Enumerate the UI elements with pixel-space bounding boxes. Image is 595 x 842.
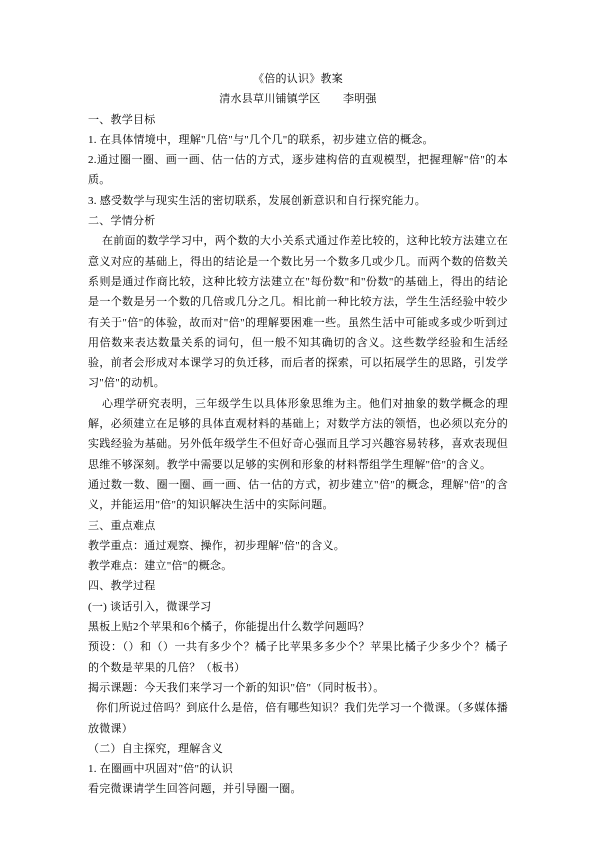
process-line-after-video: 看完微课请学生回答问题，并引导圈一圈。 (88, 779, 508, 799)
analysis-paragraph-3: 通过数一数、圈一圈、画一画、估一估的方式，初步建立"倍"的概念，理解"倍"的含义… (88, 475, 508, 516)
doc-title: 《倍的认识》教案 (88, 69, 508, 89)
analysis-paragraph-1: 在前面的数学学习中，两个数的大小关系式通过作差比较的，这种比较方法建立在意义对应… (88, 231, 508, 393)
process-line-preset: 预设：（）和（）一共有多少个？橘子比苹果多多少个？苹果比橘子少多少个？橘子的个数… (88, 637, 508, 678)
teaching-key-point: 教学重点：通过观察、操作，初步理解"倍"的含义。 (88, 536, 508, 556)
goal-item-3: 3. 感受数学与现实生活的密切联系，发展创新意识和自行探究能力。 (88, 191, 508, 211)
process-line-reveal-topic: 揭示课题：今天我们来学习一个新的知识"倍"（同时板书）。 (88, 678, 508, 698)
doc-byline: 清水县草川铺镇学区 李明强 (88, 89, 508, 109)
section-heading-learning-analysis: 二、学情分析 (88, 211, 508, 231)
subsection-heading-explore: （二）自主探究，理解含义 (88, 739, 508, 759)
section-heading-teaching-process: 四、教学过程 (88, 576, 508, 596)
section-heading-key-points: 三、重点难点 (88, 516, 508, 536)
subsection-heading-intro: (一) 谈话引入，微课学习 (88, 597, 508, 617)
analysis-paragraph-2: 心理学研究表明，三年级学生以具体形象思维为主。他们对抽象的数学概念的理解，必须建… (88, 394, 508, 475)
goal-item-2: 2.通过圈一圈、画一画、估一估的方式，逐步建构倍的直观模型，把握理解"倍"的本质… (88, 150, 508, 191)
process-line-blackboard: 黑板上贴2个苹果和6个橘子，你能提出什么数学问题吗？ (88, 617, 508, 637)
process-line-question: 你们所说过倍吗？到底什么是倍，倍有哪些知识？我们先学习一个微课。（多媒体播放微课… (88, 698, 508, 739)
section-heading-teaching-goals: 一、教学目标 (88, 110, 508, 130)
process-step-1-heading: 1. 在圈画中巩固对"倍"的认识 (88, 759, 508, 779)
goal-item-1: 1. 在具体情境中，理解"几倍"与"几个几"的联系，初步建立倍的概念。 (88, 130, 508, 150)
teaching-difficult-point: 教学难点：建立"倍"的概念。 (88, 556, 508, 576)
document-page: 《倍的认识》教案 清水县草川铺镇学区 李明强 一、教学目标 1. 在具体情境中，… (0, 0, 595, 842)
